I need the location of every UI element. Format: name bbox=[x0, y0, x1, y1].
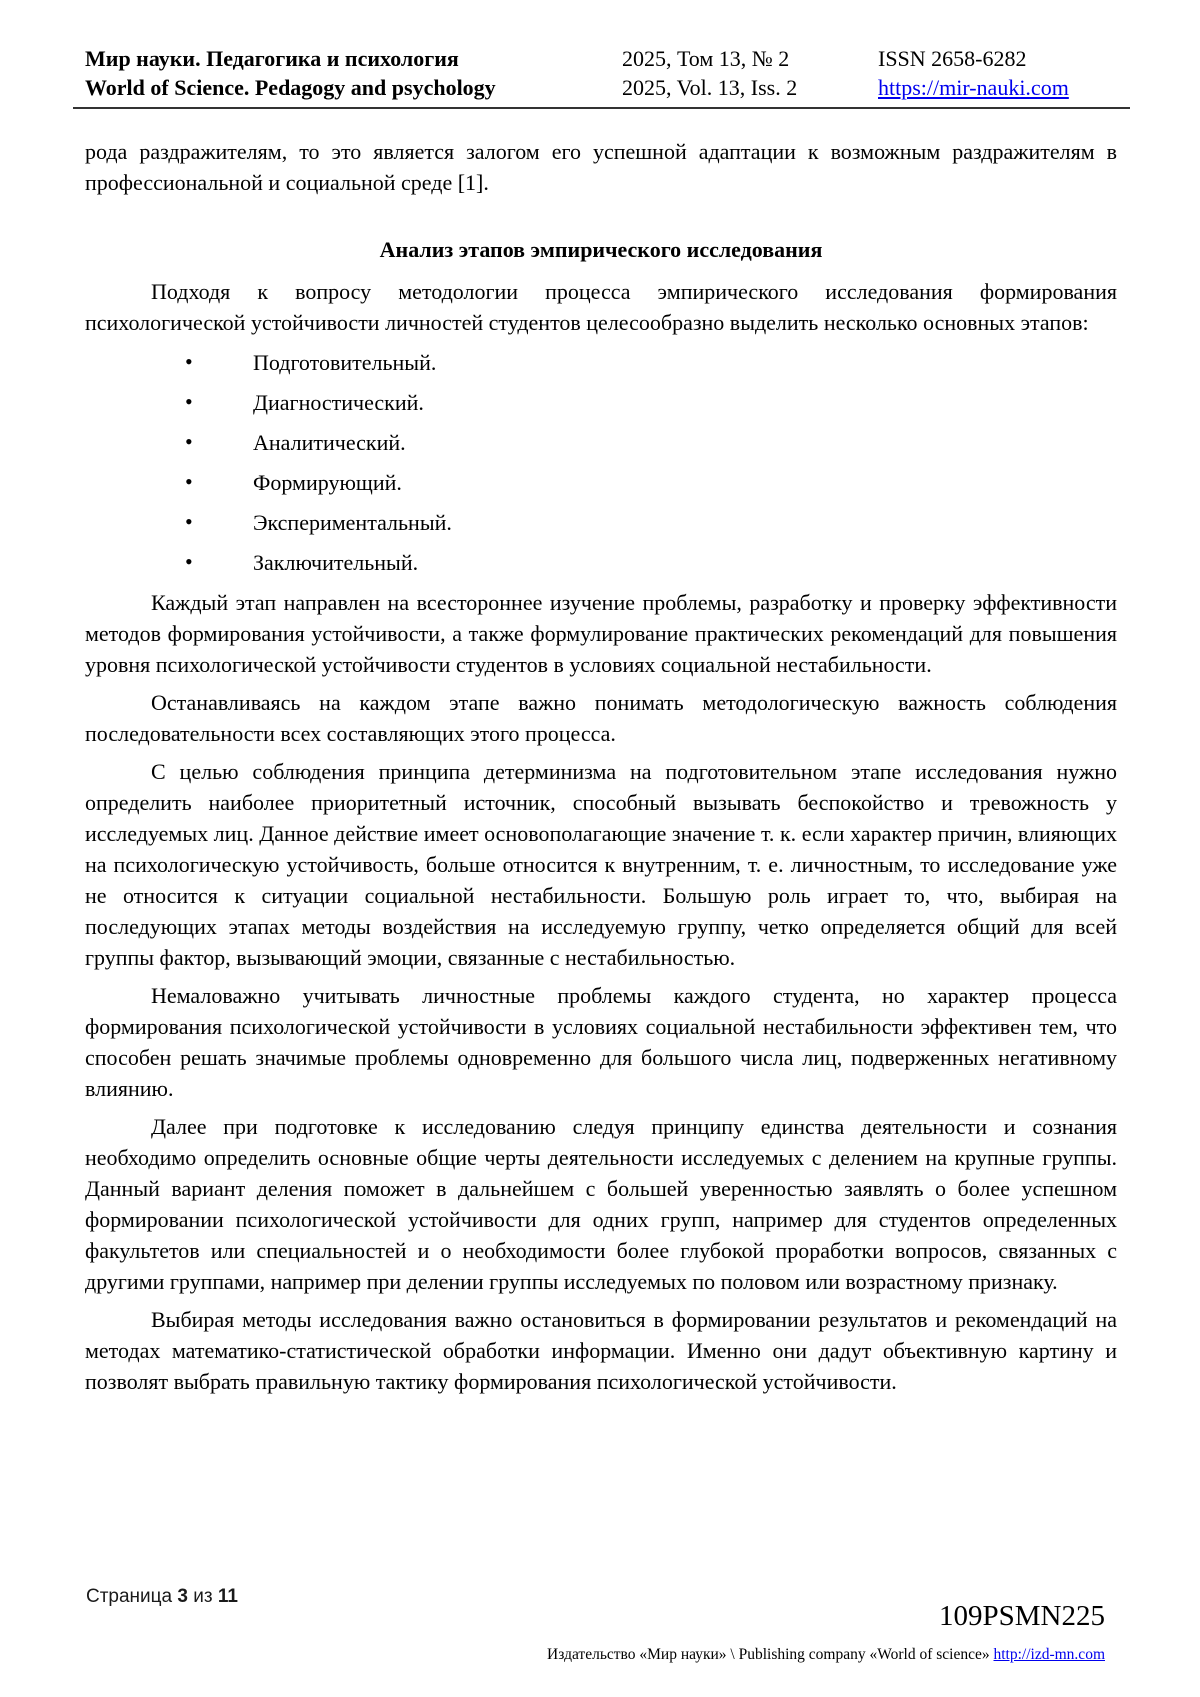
bullet-icon: • bbox=[185, 346, 193, 377]
list-item: • Формирующий. bbox=[85, 467, 1117, 498]
page-of-label: из bbox=[193, 1586, 212, 1607]
list-item: • Аналитический. bbox=[85, 427, 1117, 458]
paragraph-continuation: рода раздражителям, то это является зало… bbox=[85, 136, 1117, 198]
stage-label: Экспериментальный. bbox=[253, 510, 452, 535]
page-label: Страница bbox=[86, 1586, 172, 1607]
issn-number: ISSN 2658-6282 bbox=[878, 44, 1069, 73]
journal-titles: Мир науки. Педагогика и психология World… bbox=[85, 44, 496, 102]
body-paragraph: Немаловажно учитывать личностные проблем… bbox=[85, 980, 1117, 1104]
body-paragraph: Останавливаясь на каждом этапе важно пон… bbox=[85, 687, 1117, 749]
volume-ru: 2025, Том 13, № 2 bbox=[622, 44, 797, 73]
journal-title-en: World of Science. Pedagogy and psycholog… bbox=[85, 73, 496, 102]
publisher-line: Издательство «Мир науки» \ Publishing co… bbox=[547, 1646, 1105, 1664]
bullet-icon: • bbox=[185, 506, 193, 537]
header-divider bbox=[73, 107, 1130, 109]
publisher-site-link[interactable]: http://izd-mn.com bbox=[994, 1646, 1106, 1663]
publisher-text: Издательство «Мир науки» \ Publishing co… bbox=[547, 1646, 990, 1663]
body-paragraph: Каждый этап направлен на всестороннее из… bbox=[85, 587, 1117, 680]
list-item: • Подготовительный. bbox=[85, 347, 1117, 378]
journal-header: Мир науки. Педагогика и психология World… bbox=[85, 44, 1115, 102]
bullet-icon: • bbox=[185, 426, 193, 457]
stage-label: Формирующий. bbox=[253, 470, 402, 495]
journal-site-link[interactable]: https://mir-nauki.com bbox=[878, 75, 1069, 100]
body-paragraph: С целью соблюдения принципа детерминизма… bbox=[85, 756, 1117, 973]
volume-info: 2025, Том 13, № 2 2025, Vol. 13, Iss. 2 bbox=[622, 44, 797, 102]
stages-list: • Подготовительный. • Диагностический. •… bbox=[85, 347, 1117, 578]
stage-label: Аналитический. bbox=[253, 430, 406, 455]
stage-label: Диагностический. bbox=[253, 390, 424, 415]
volume-en: 2025, Vol. 13, Iss. 2 bbox=[622, 73, 797, 102]
section-heading: Анализ этапов эмпирического исследования bbox=[85, 234, 1117, 265]
page-number: Страница 3 из 11 bbox=[86, 1586, 238, 1608]
bullet-icon: • bbox=[185, 466, 193, 497]
stage-label: Заключительный. bbox=[253, 550, 418, 575]
bullet-icon: • bbox=[185, 386, 193, 417]
list-item: • Диагностический. bbox=[85, 387, 1117, 418]
article-id: 109PSMN225 bbox=[939, 1600, 1105, 1633]
issn-block: ISSN 2658-6282 https://mir-nauki.com bbox=[878, 44, 1069, 102]
body-paragraph: Выбирая методы исследования важно остано… bbox=[85, 1304, 1117, 1397]
stage-label: Подготовительный. bbox=[253, 350, 436, 375]
document-page: Мир науки. Педагогика и психология World… bbox=[0, 0, 1200, 1697]
stages-intro-paragraph: Подходя к вопросу методологии процесса э… bbox=[85, 276, 1117, 338]
page-total: 11 bbox=[218, 1586, 238, 1607]
body-paragraph: Далее при подготовке к исследованию след… bbox=[85, 1111, 1117, 1297]
list-item: • Заключительный. bbox=[85, 547, 1117, 578]
article-body: рода раздражителям, то это является зало… bbox=[85, 136, 1117, 1397]
journal-title-ru: Мир науки. Педагогика и психология bbox=[85, 44, 496, 73]
bullet-icon: • bbox=[185, 546, 193, 577]
page-current: 3 bbox=[177, 1586, 188, 1607]
list-item: • Экспериментальный. bbox=[85, 507, 1117, 538]
